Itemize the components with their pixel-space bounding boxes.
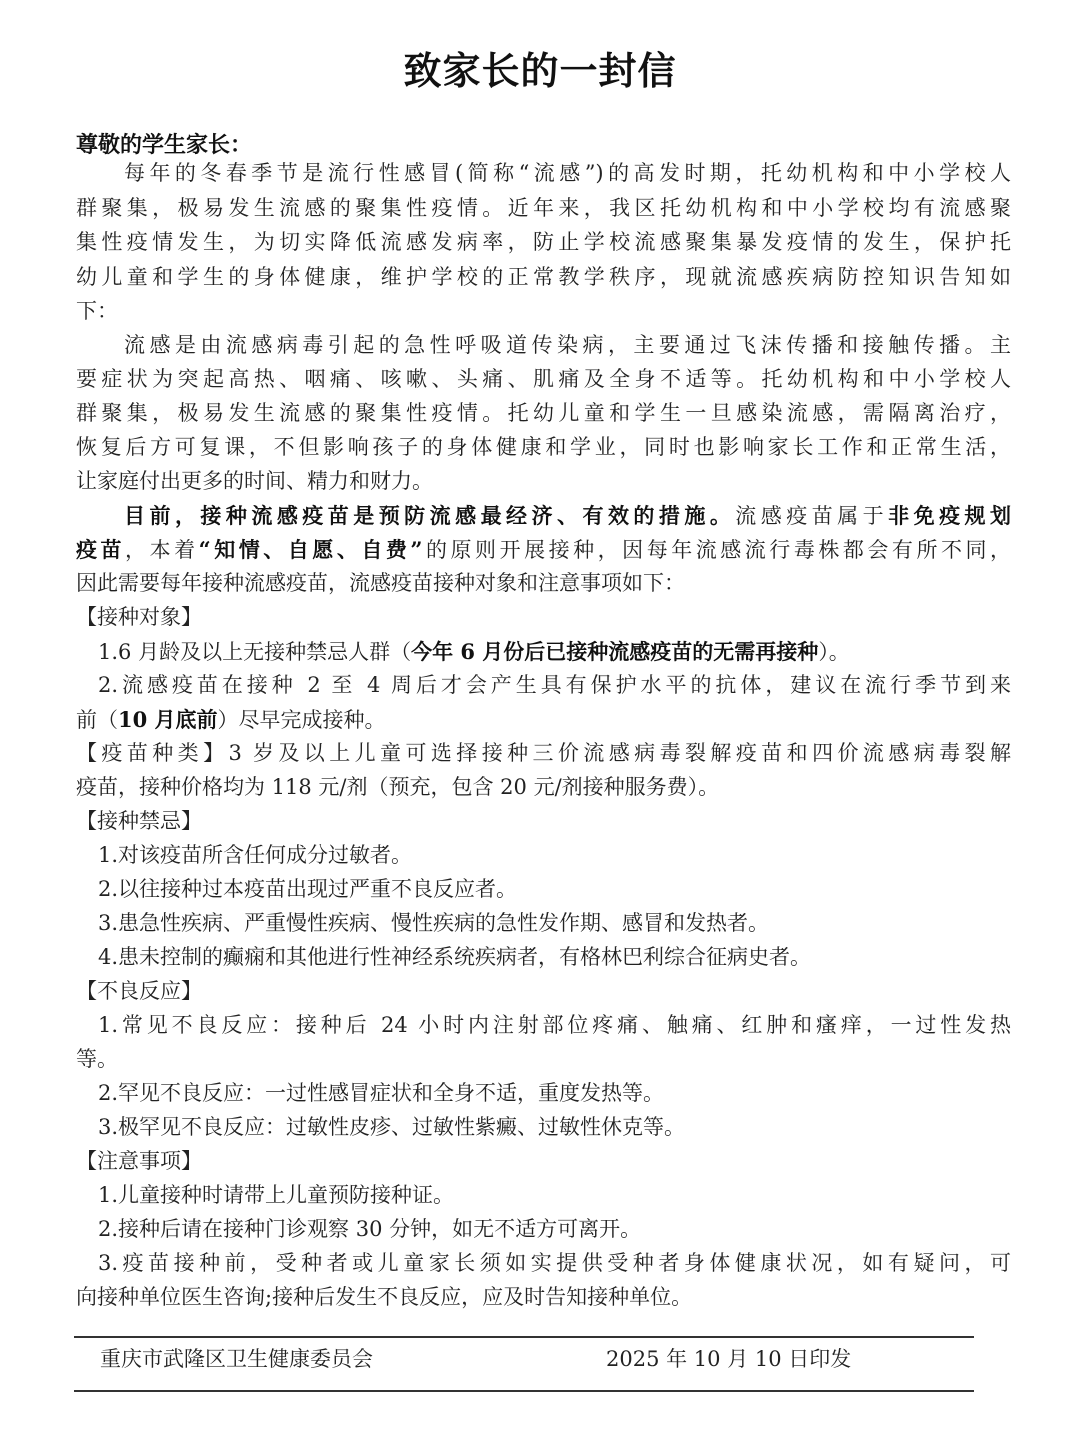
text-line: 【疫苗种类】3 岁及以上儿童可选择接种三价流感病毒裂解疫苗和四价流感病毒裂解	[76, 737, 1011, 770]
salutation: 尊敬的学生家长：	[76, 128, 252, 159]
section-heading: 【接种对象】	[76, 601, 1011, 634]
footer-top-rule	[74, 1336, 974, 1338]
list-item: 1.儿童接种时请带上儿童预防接种证。	[98, 1179, 1011, 1212]
bold-text: 今年 6 月份后已接种流感疫苗的无需再接种	[411, 639, 818, 664]
text-line: 群聚集，极易发生流感的聚集性疫情。近年来，我区托幼机构和中小学校均有流感聚	[76, 192, 1011, 225]
text: ）。	[818, 640, 850, 664]
list-item: 3.疫苗接种前，受种者或儿童家长须如实提供受种者身体健康状况，如有疑问，可	[98, 1247, 1011, 1280]
section-heading: 【接种禁忌】	[76, 805, 1011, 838]
text: 3 岁及以上儿童可选择接种三价流感病毒裂解疫苗和四价流感病毒裂解	[229, 741, 1012, 765]
list-item-continuation: 向接种单位医生咨询;接种后发生不良反应，应及时告知接种单位。	[76, 1281, 1011, 1314]
text-line: 疫苗，本着“知情、自愿、自费”的原则开展接种，因每年流感流行毒株都会有所不同，	[76, 533, 1011, 566]
list-item: 2.以往接种过本疫苗出现过严重不良反应者。	[98, 873, 1011, 906]
text-line: 群聚集，极易发生流感的聚集性疫情。托幼儿童和学生一旦感染流感，需隔离治疗，	[76, 397, 1011, 430]
footer-bottom-rule	[74, 1390, 974, 1392]
list-item: 2.接种后请在接种门诊观察 30 分钟，如无不适方可离开。	[98, 1213, 1011, 1246]
section-heading: 【疫苗种类】	[76, 741, 229, 765]
text: ）尽早完成接种。	[218, 708, 386, 732]
text-line: 因此需要每年接种流感疫苗，流感疫苗接种对象和注意事项如下：	[76, 567, 1011, 600]
letter-title: 致家长的一封信	[0, 40, 1080, 95]
list-item: 1.常见不良反应：接种后 24 小时内注射部位疼痛、触痛、红肿和瘙痒，一过性发热	[98, 1009, 1011, 1042]
bold-text: 目前，接种流感疫苗是预防流感最经济、有效的措施。	[124, 503, 735, 528]
bold-text: 非免疫规划	[888, 503, 1011, 528]
text-line: 疫苗，接种价格均为 118 元/剂（预充，包含 20 元/剂接种服务费）。	[76, 771, 1011, 804]
list-item-continuation: 前（10 月底前）尽早完成接种。	[76, 703, 1011, 736]
text-line: 要症状为突起高热、咽痛、咳嗽、头痛、肌痛及全身不适等。托幼机构和中小学校人	[76, 363, 1011, 396]
list-item: 2.流感疫苗在接种 2 至 4 周后才会产生具有保护水平的抗体，建议在流行季节到…	[98, 669, 1011, 702]
issuer: 重庆市武隆区卫生健康委员会	[100, 1342, 373, 1376]
text-line: 下：	[76, 295, 1011, 328]
text-line: 流感是由流感病毒引起的急性呼吸道传染病，主要通过飞沫传播和接触传播。主	[124, 329, 1011, 362]
section-heading: 【不良反应】	[76, 975, 1011, 1008]
list-item: 1.6 月龄及以上无接种禁忌人群（今年 6 月份后已接种流感疫苗的无需再接种）。	[98, 635, 1011, 668]
text: 流感疫苗属于	[735, 504, 888, 528]
bold-text: 疫苗	[76, 537, 125, 562]
list-item-continuation: 等。	[76, 1043, 1011, 1076]
text-line: 让家庭付出更多的时间、精力和财力。	[76, 465, 1011, 498]
list-item: 3.极罕见不良反应：过敏性皮疹、过敏性紫癜、过敏性休克等。	[98, 1111, 1011, 1144]
list-item: 1.对该疫苗所含任何成分过敏者。	[98, 839, 1011, 872]
text-line: 目前，接种流感疫苗是预防流感最经济、有效的措施。流感疫苗属于非免疫规划	[124, 499, 1011, 532]
text: 前（	[76, 708, 118, 732]
section-heading: 【注意事项】	[76, 1145, 1011, 1178]
list-item: 4.患未控制的癫痫和其他进行性神经系统疾病者，有格林巴利综合征病史者。	[98, 941, 1011, 974]
bold-text: 10 月底前	[118, 707, 218, 732]
issue-date: 2025 年 10 月 10 日印发	[606, 1342, 851, 1376]
bold-text: “知情、自愿、自费”	[199, 537, 423, 562]
text-line: 幼儿童和学生的身体健康，维护学校的正常教学秩序，现就流感疾病防控知识告知如	[76, 261, 1011, 294]
text: 1.6 月龄及以上无接种禁忌人群（	[98, 640, 411, 664]
text: 的原则开展接种，因每年流感流行毒株都会有所不同，	[422, 538, 1011, 562]
text-line: 集性疫情发生，为切实降低流感发病率，防止学校流感聚集暴发疫情的发生，保护托	[76, 226, 1011, 259]
list-item: 2.罕见不良反应：一过性感冒症状和全身不适，重度发热等。	[98, 1077, 1011, 1110]
list-item: 3.患急性疾病、严重慢性疾病、慢性疾病的急性发作期、感冒和发热者。	[98, 907, 1011, 940]
text-line: 每年的冬春季节是流行性感冒(简称“流感”)的高发时期，托幼机构和中小学校人	[124, 157, 1011, 190]
text-line: 恢复后方可复课，不但影响孩子的身体健康和学业，同时也影响家长工作和正常生活，	[76, 431, 1011, 464]
text: ，本着	[125, 538, 199, 562]
